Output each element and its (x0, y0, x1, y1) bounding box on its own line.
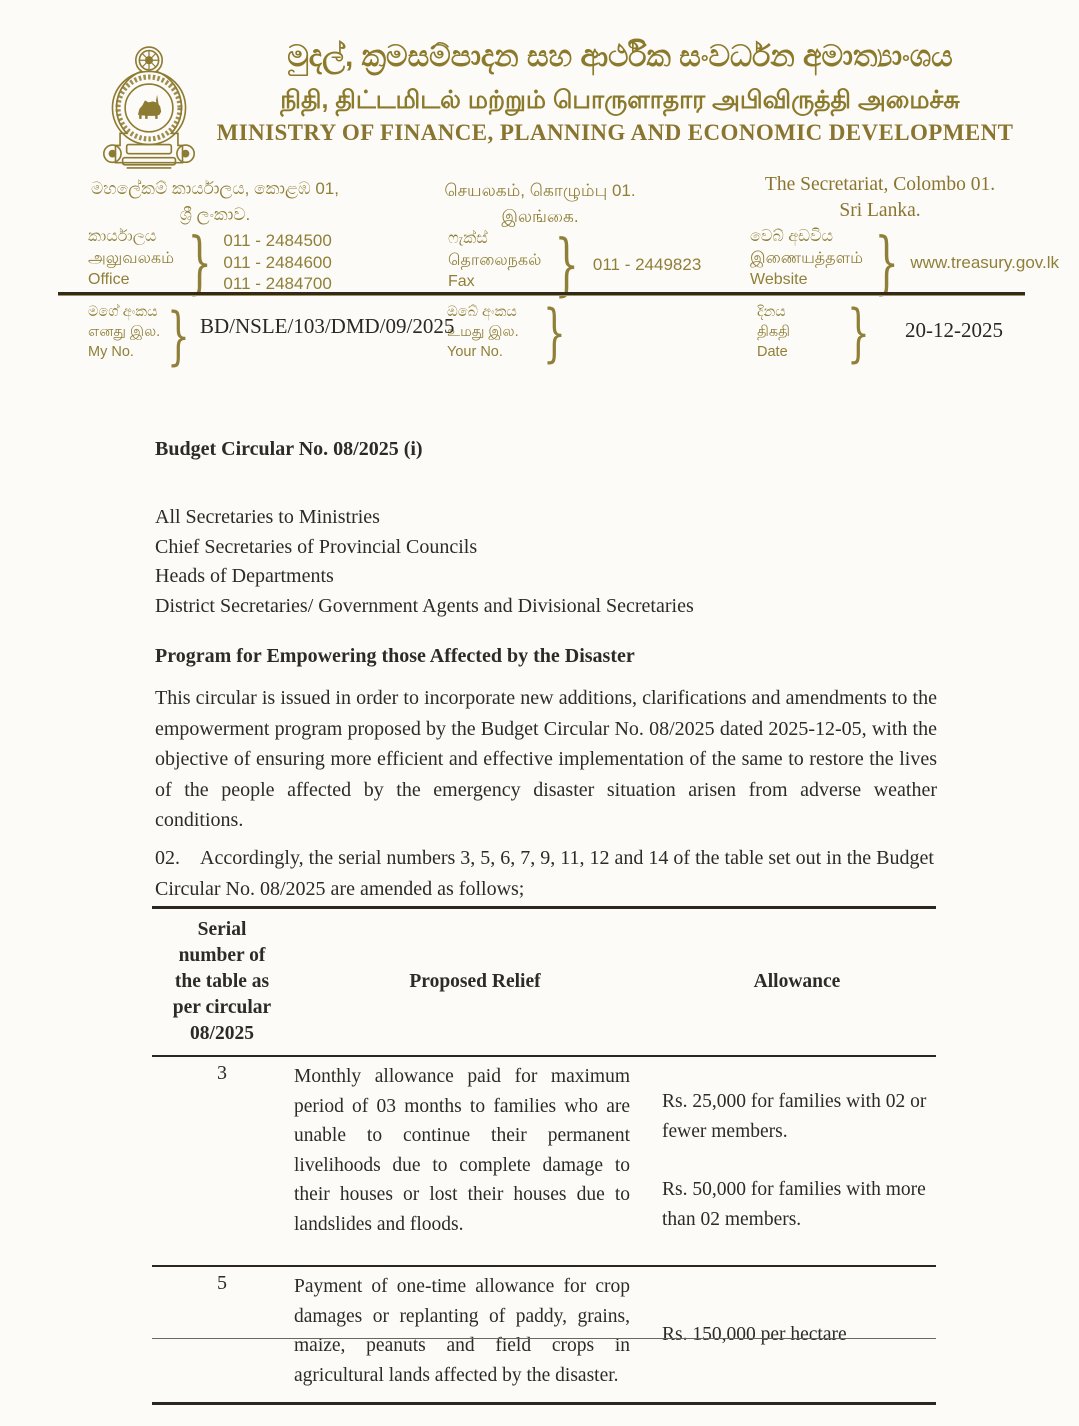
address-tamil-line2: இலங்கை. (420, 204, 660, 230)
brace-glyph (536, 300, 573, 366)
website-label-tamil: இணையத்தளம் (750, 248, 863, 270)
my-no-labels: මගේ අංකය எனது இல. My No. (88, 302, 160, 370)
table-row: 5 Payment of one-time allowance for crop… (152, 1267, 936, 1402)
my-no-label-english: My No. (88, 342, 160, 362)
table-cell-allowance: Rs. 25,000 for families with 02 or fewer… (658, 1057, 936, 1265)
paragraph-2-text: Accordingly, the serial numbers 3, 5, 6,… (155, 847, 934, 900)
address-english: The Secretariat, Colombo 01. Sri Lanka. (735, 172, 1025, 224)
office-labels: කාර්යාලය அலுவலகம் Office (88, 226, 174, 299)
your-no-label-tamil: உமது இல. (447, 322, 519, 342)
brace-glyph (160, 302, 197, 370)
address-sinhala: මහලේකම් කාර්යාලය, කොළඹ 01, ශ්‍රී ලංකාව. (80, 176, 350, 228)
document-page: මුදල්, ක්‍රමසම්පාදන සහ ආර්ථික සංවර්ධන අම… (0, 0, 1079, 1426)
website-url-value: www.treasury.gov.lk (910, 252, 1059, 274)
sri-lanka-emblem-icon (93, 44, 205, 176)
your-no-label-sinhala: ඔබේ අංකය (447, 302, 519, 322)
website-url: www.treasury.gov.lk (910, 226, 1059, 299)
table-bottom-hairline (152, 1338, 936, 1339)
date-label-sinhala: දිනය (757, 302, 790, 322)
fax-number: 011 - 2449823 (593, 228, 701, 301)
circular-number-heading: Budget Circular No. 08/2025 (i) (155, 438, 423, 461)
ministry-title-tamil: நிதி, திட்டமிடல் மற்றும் பொருளாதார அபிவி… (205, 86, 1035, 118)
brace-glyph (180, 226, 219, 299)
brace-glyph (547, 228, 586, 301)
date-label-tamil: திகதி (757, 322, 790, 342)
addressee-line: District Secretaries/ Government Agents … (155, 592, 694, 622)
table-cell-serial: 5 (152, 1267, 292, 1402)
table-row: 3 Monthly allowance paid for maximum per… (152, 1057, 936, 1267)
table-cell-allowance: Rs. 150,000 per hectare (658, 1267, 936, 1402)
date-labels: දිනය திகதி Date (757, 302, 790, 362)
office-label-english: Office (88, 269, 174, 291)
website-contact-block: වෙබ් අඩවිය இணையத்தளம் Website www.treasu… (750, 226, 1059, 299)
office-contact-block: කාර්යාලය அலுவலகம் Office 011 - 2484500 0… (88, 226, 332, 299)
table-cell-serial: 3 (152, 1057, 292, 1265)
address-tamil-line1: செயலகம், கொழும்பு 01. (420, 178, 660, 204)
paragraph-2-number: 02. (155, 847, 180, 869)
date-label-english: Date (757, 342, 790, 362)
my-no-value: BD/NSLE/103/DMD/09/2025 (200, 314, 454, 339)
header-divider-rule (58, 292, 1025, 296)
fax-contact-block: ෆැක්ස් தொலைநகல் Fax 011 - 2449823 (448, 228, 701, 301)
your-no-labels: ඔබේ අංකය உமது இல. Your No. (447, 302, 519, 362)
office-phone-1: 011 - 2484500 (223, 230, 331, 252)
office-label-tamil: அலுவலகம் (88, 248, 174, 270)
allowance-item: Rs. 150,000 per hectare (662, 1320, 847, 1350)
table-header-serial: Serial number of the table as per circul… (152, 909, 292, 1055)
website-labels: වෙබ් අඩවිය இணையத்தளம் Website (750, 226, 863, 299)
amendment-table: Serial number of the table as per circul… (152, 906, 936, 1405)
address-sinhala-line2: ශ්‍රී ලංකාව. (80, 202, 350, 228)
website-label-sinhala: වෙබ් අඩවිය (750, 226, 863, 248)
addressee-line: All Secretaries to Ministries (155, 503, 694, 533)
fax-number-value: 011 - 2449823 (593, 254, 701, 276)
allowance-item: Rs. 50,000 for families with more than 0… (662, 1175, 930, 1234)
table-header-row: Serial number of the table as per circul… (152, 909, 936, 1057)
fax-label-english: Fax (448, 271, 541, 293)
address-tamil: செயலகம், கொழும்பு 01. இலங்கை. (420, 178, 660, 230)
addressee-list: All Secretaries to Ministries Chief Secr… (155, 503, 694, 621)
fax-label-sinhala: ෆැක්ස් (448, 228, 541, 250)
ministry-title-english: MINISTRY OF FINANCE, PLANNING AND ECONOM… (195, 120, 1035, 146)
ministry-title-sinhala: මුදල්, ක්‍රමසම්පාදන සහ ආර්ථික සංවර්ධන අම… (205, 40, 1035, 74)
addressee-line: Heads of Departments (155, 562, 694, 592)
table-cell-relief: Monthly allowance paid for maximum perio… (292, 1057, 658, 1265)
subject-heading: Program for Empowering those Affected by… (155, 645, 635, 668)
address-english-line2: Sri Lanka. (735, 198, 1025, 224)
office-phone-2: 011 - 2484600 (223, 252, 331, 274)
office-phone-list: 011 - 2484500 011 - 2484600 011 - 248470… (223, 226, 331, 299)
brace-glyph (867, 226, 906, 299)
my-no-label-sinhala: මගේ අංකය (88, 302, 160, 322)
address-english-line1: The Secretariat, Colombo 01. (735, 172, 1025, 198)
fax-labels: ෆැක්ස් தொலைநகல் Fax (448, 228, 541, 301)
your-no-label-english: Your No. (447, 342, 519, 362)
table-cell-relief: Payment of one-time allowance for crop d… (292, 1267, 658, 1402)
brace-glyph (840, 300, 877, 366)
addressee-line: Chief Secretaries of Provincial Councils (155, 533, 694, 563)
allowance-item: Rs. 25,000 for families with 02 or fewer… (662, 1087, 930, 1146)
table-header-allowance: Allowance (658, 909, 936, 1055)
paragraph-1: This circular is issued in order to inco… (155, 683, 937, 836)
paragraph-2: 02.Accordingly, the serial numbers 3, 5,… (155, 843, 937, 904)
my-no-label-tamil: எனது இல. (88, 322, 160, 342)
fax-label-tamil: தொலைநகல் (448, 250, 541, 272)
address-sinhala-line1: මහලේකම් කාර්යාලය, කොළඹ 01, (80, 176, 350, 202)
date-value: 20-12-2025 (905, 318, 1003, 343)
website-label-english: Website (750, 269, 863, 291)
office-label-sinhala: කාර්යාලය (88, 226, 174, 248)
my-no-block: මගේ අංකය எனது இல. My No. (88, 302, 197, 370)
table-header-relief: Proposed Relief (292, 909, 658, 1055)
